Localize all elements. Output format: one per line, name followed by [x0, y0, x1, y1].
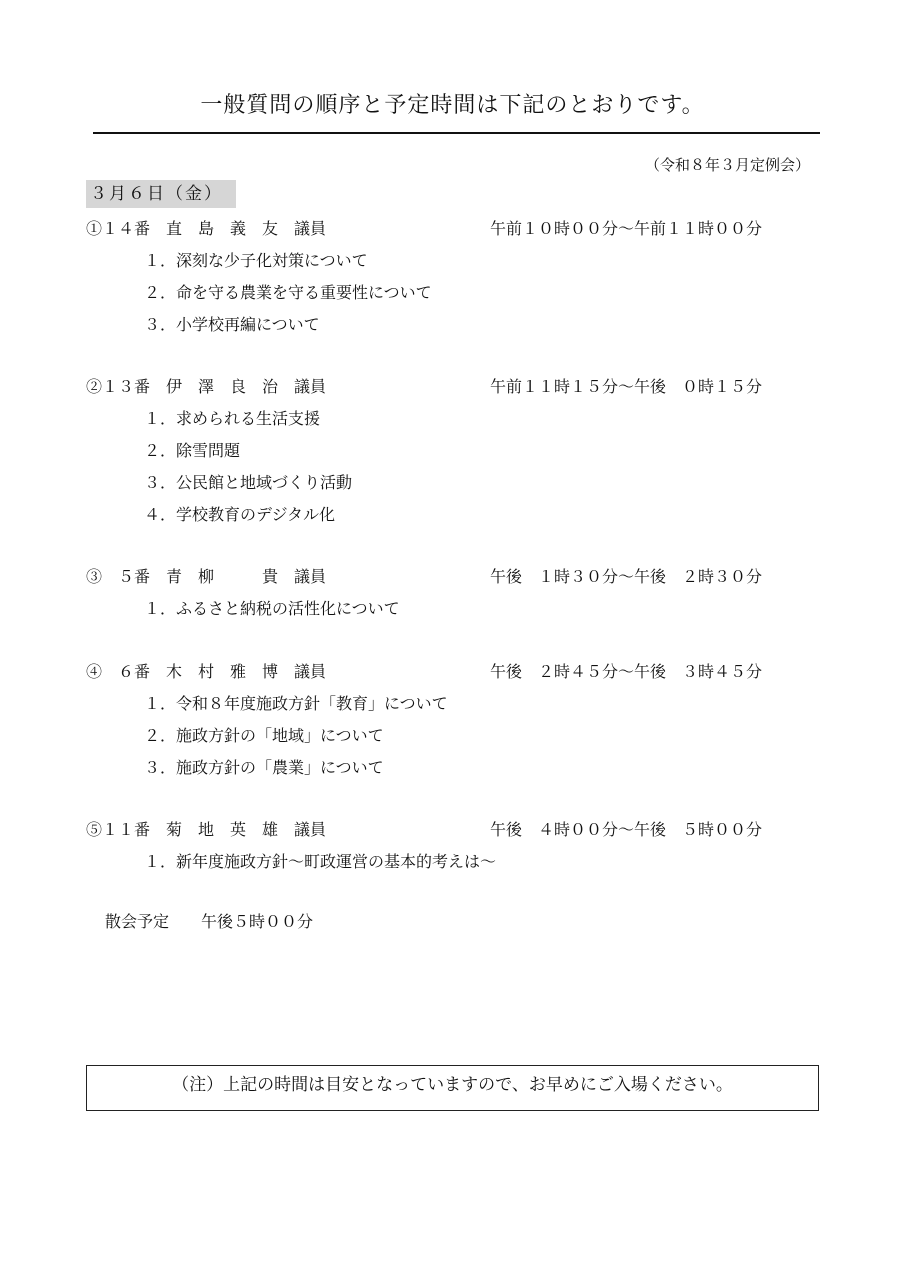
- title-divider: [93, 132, 820, 134]
- session-label: （令和８年３月定例会）: [645, 154, 810, 175]
- time-slot: 午後 １時３０分～午後 ２時３０分: [490, 561, 762, 593]
- question-entry: ④ ６番 木 村 雅 博 議員 午後 ２時４５分～午後 ３時４５分 １．令和８年…: [86, 656, 806, 784]
- topic-item: １．ふるさと納税の活性化について: [86, 593, 806, 625]
- member-name: ①１４番 直 島 義 友 議員: [86, 213, 326, 245]
- adjournment-time: 散会予定 午後５時００分: [105, 909, 313, 932]
- topic-item: １．令和８年度施政方針「教育」について: [86, 688, 806, 720]
- note-box: （注）上記の時間は目安となっていますので、お早めにご入場ください。: [86, 1065, 819, 1111]
- question-entry: ①１４番 直 島 義 友 議員 午前１０時００分～午前１１時００分 １．深刻な少…: [86, 213, 806, 341]
- page-title: 一般質問の順序と予定時間は下記のとおりです。: [0, 88, 905, 119]
- question-entry: ②１３番 伊 澤 良 治 議員 午前１１時１５分～午後 ０時１５分 １．求められ…: [86, 371, 806, 531]
- topic-item: ２．施政方針の「地域」について: [86, 720, 806, 752]
- member-name: ③ ５番 青 柳 貴 議員: [86, 561, 326, 593]
- topic-item: ２．命を守る農業を守る重要性について: [86, 277, 806, 309]
- time-slot: 午後 ２時４５分～午後 ３時４５分: [490, 656, 762, 688]
- topic-item: １．求められる生活支援: [86, 403, 806, 435]
- topic-item: ４．学校教育のデジタル化: [86, 499, 806, 531]
- time-slot: 午後 ４時００分～午後 ５時００分: [490, 814, 762, 846]
- topic-item: ３．小学校再編について: [86, 309, 806, 341]
- topic-item: ３．公民館と地域づくり活動: [86, 467, 806, 499]
- time-slot: 午前１０時００分～午前１１時００分: [490, 213, 762, 245]
- topic-item: ２．除雪問題: [86, 435, 806, 467]
- date-label: ３月６日（金）: [86, 180, 236, 208]
- note-text: （注）上記の時間は目安となっていますので、お早めにご入場ください。: [172, 1075, 733, 1095]
- member-name: ⑤１１番 菊 地 英 雄 議員: [86, 814, 326, 846]
- question-entry: ③ ５番 青 柳 貴 議員 午後 １時３０分～午後 ２時３０分 １．ふるさと納税…: [86, 561, 806, 625]
- question-entry: ⑤１１番 菊 地 英 雄 議員 午後 ４時００分～午後 ５時００分 １．新年度施…: [86, 814, 806, 878]
- member-name: ④ ６番 木 村 雅 博 議員: [86, 656, 326, 688]
- topic-item: １．新年度施政方針～町政運営の基本的考えは～: [86, 846, 806, 878]
- topic-item: ３．施政方針の「農業」について: [86, 752, 806, 784]
- topic-item: １．深刻な少子化対策について: [86, 245, 806, 277]
- time-slot: 午前１１時１５分～午後 ０時１５分: [490, 371, 762, 403]
- member-name: ②１３番 伊 澤 良 治 議員: [86, 371, 326, 403]
